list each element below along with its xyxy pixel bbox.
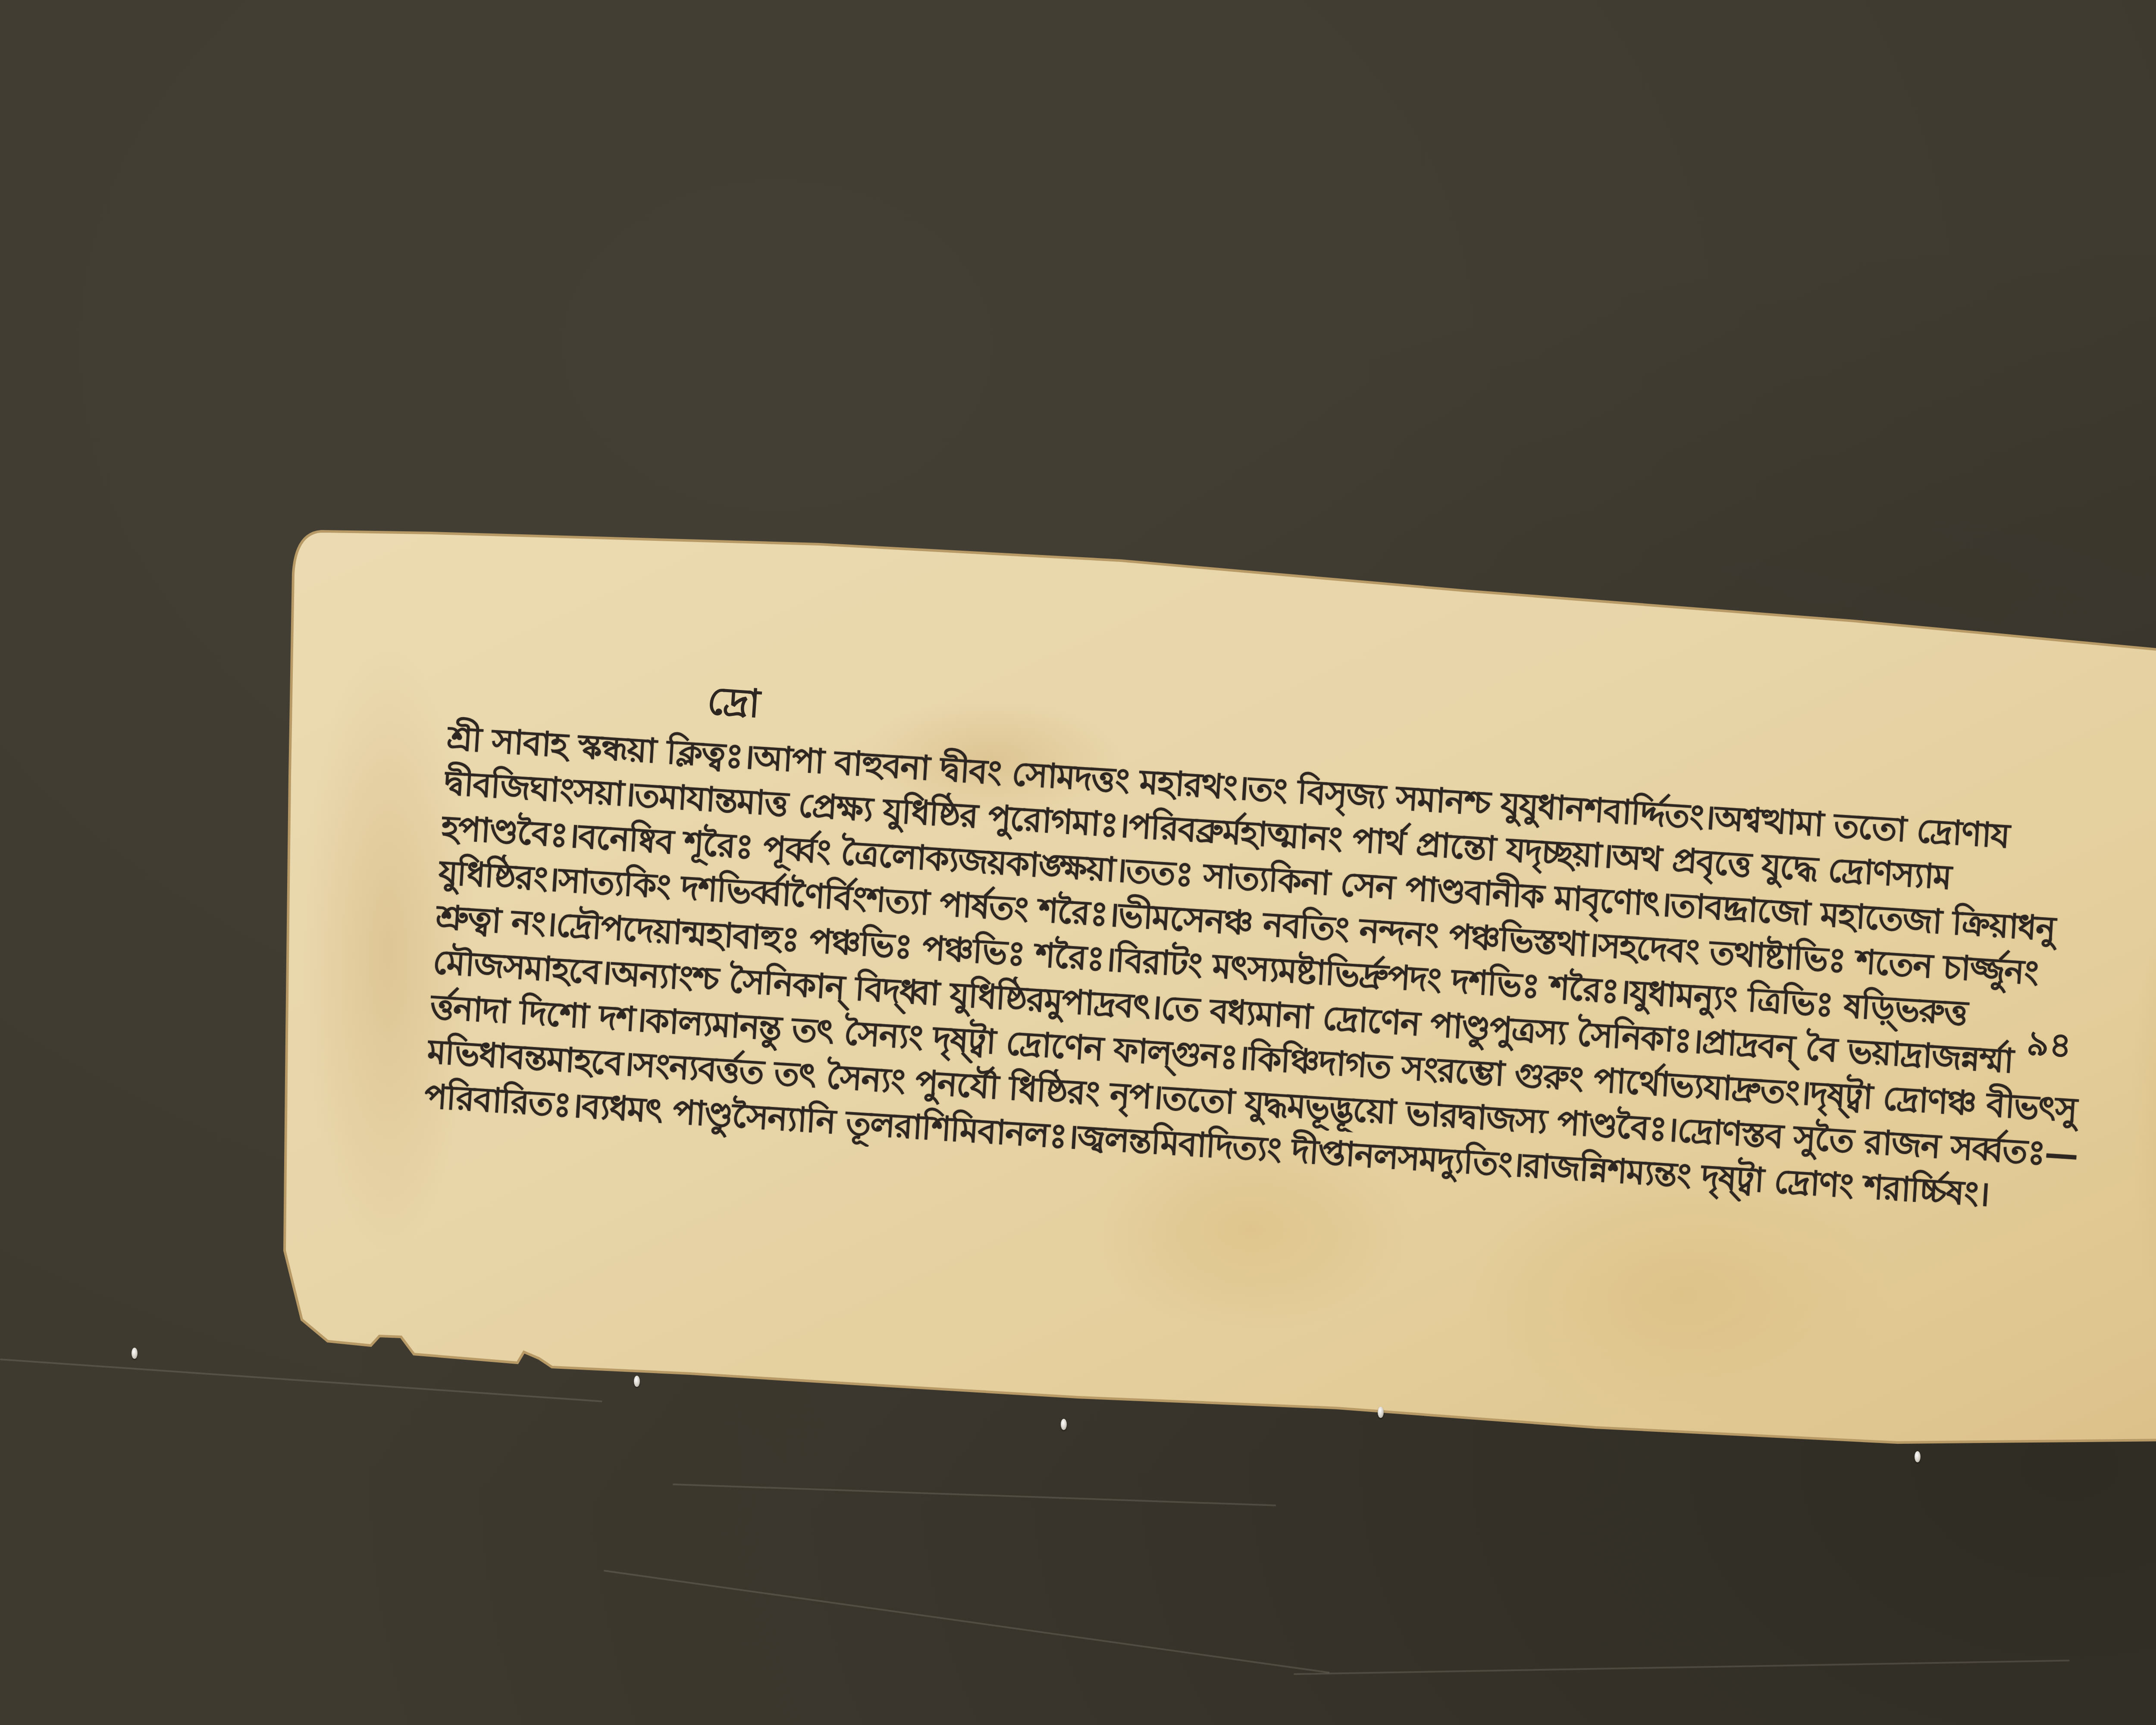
fabric-crease — [0, 1358, 602, 1402]
mounting-pin — [1915, 1451, 1921, 1462]
fabric-crease — [673, 1483, 1276, 1506]
mounting-pin — [634, 1376, 640, 1387]
fabric-backdrop — [0, 0, 2156, 1725]
fabric-crease — [604, 1570, 1330, 1674]
fabric-crease — [1294, 1660, 2070, 1675]
mounting-pin — [1378, 1407, 1384, 1418]
mounting-pin — [1061, 1419, 1067, 1430]
mounting-pin — [132, 1348, 138, 1359]
